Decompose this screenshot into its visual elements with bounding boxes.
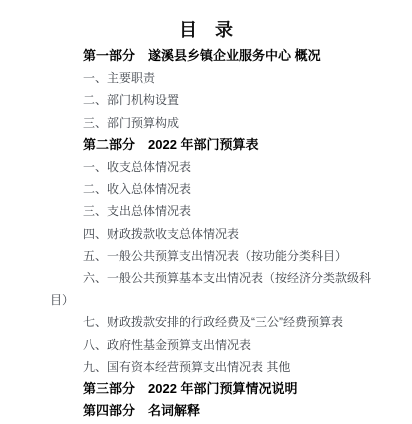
document-page: 目 录 第一部分 遂溪县乡镇企业服务中心 概况一、主要职责二、部门机构设置三、部…: [0, 0, 412, 424]
toc-section-heading: 第一部分 遂溪县乡镇企业服务中心 概况: [50, 45, 382, 67]
toc-item: 九、国有资本经营预算支出情况表 其他: [50, 356, 382, 378]
toc-item: 六、一般公共预算基本支出情况表（按经济分类款级科目）: [50, 267, 382, 311]
toc-item: 三、支出总体情况表: [50, 200, 382, 222]
toc-item: 一、主要职责: [50, 67, 382, 89]
toc-list: 第一部分 遂溪县乡镇企业服务中心 概况一、主要职责二、部门机构设置三、部门预算构…: [0, 45, 382, 422]
toc-section-heading: 第二部分 2022 年部门预算表: [50, 134, 382, 156]
toc-section-heading: 第四部分 名词解释: [50, 400, 382, 422]
toc-item: 三、部门预算构成: [50, 112, 382, 134]
toc-item: 五、一般公共预算支出情况表（按功能分类科目）: [50, 245, 382, 267]
toc-section-heading: 第三部分 2022 年部门预算情况说明: [50, 378, 382, 400]
toc-item: 二、收入总体情况表: [50, 178, 382, 200]
toc-item: 七、财政拨款安排的行政经费及“三公”经费预算表: [50, 311, 382, 333]
toc-item: 一、收支总体情况表: [50, 156, 382, 178]
document-title: 目 录: [0, 0, 412, 40]
toc-item: 八、政府性基金预算支出情况表: [50, 334, 382, 356]
toc-item: 二、部门机构设置: [50, 89, 382, 111]
toc-item: 四、财政拨款收支总体情况表: [50, 223, 382, 245]
